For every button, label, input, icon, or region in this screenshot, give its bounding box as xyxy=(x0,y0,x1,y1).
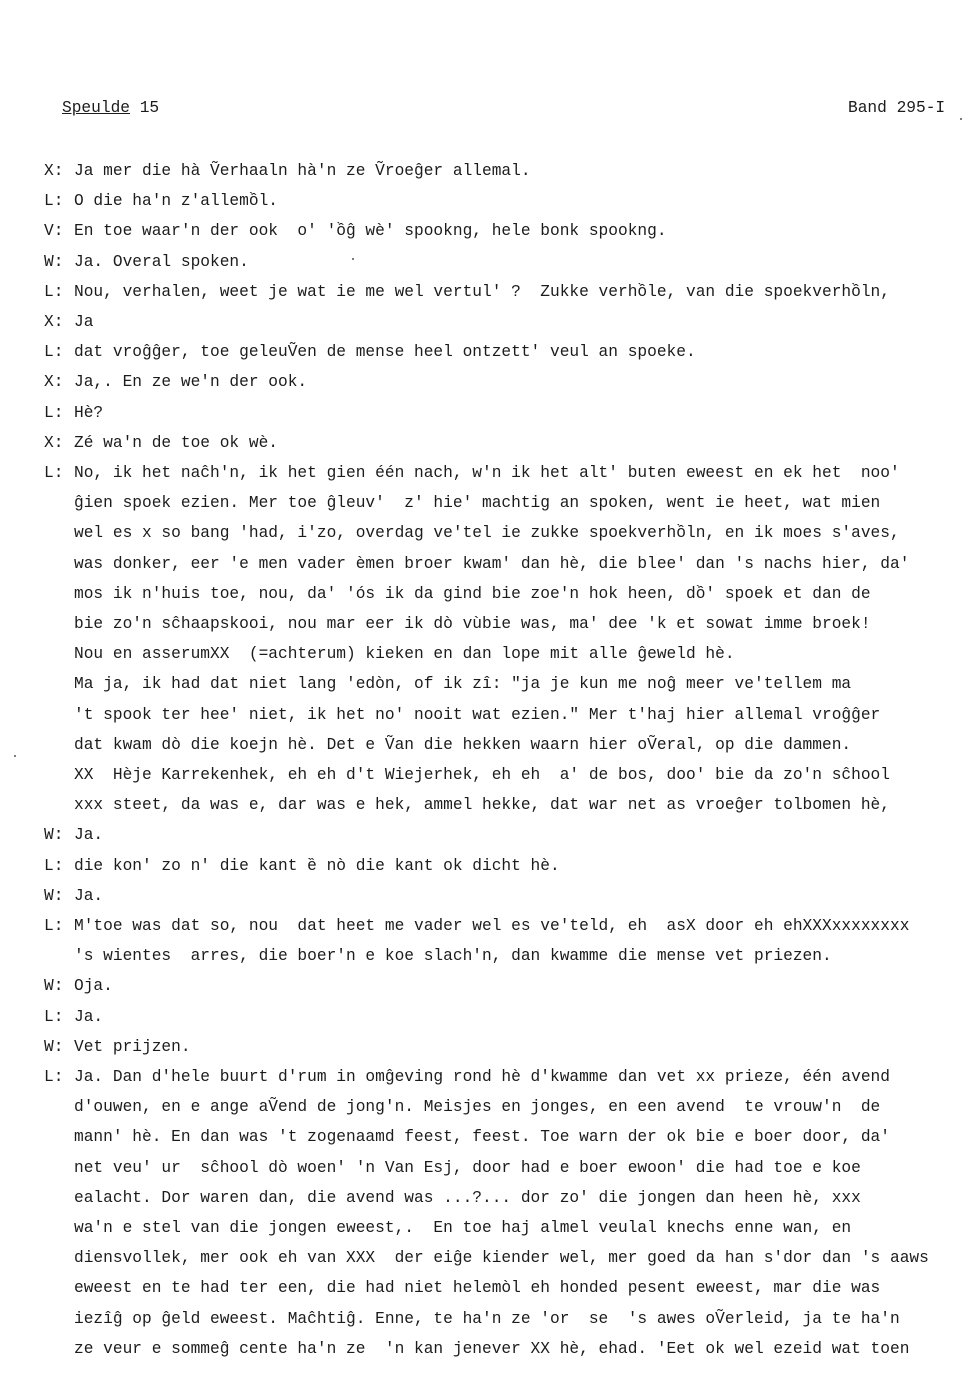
utterance-text: dat vroĝĝer, toe geleuṼen de mense heel … xyxy=(74,343,696,361)
speaker-label: W: xyxy=(44,825,74,845)
speaker-label: W: xyxy=(44,976,74,996)
transcript-line: XX Hèje Karrekenhek, eh eh d't Wiejerhek… xyxy=(74,765,890,785)
scan-speck xyxy=(352,258,354,260)
transcript-line: wel es x so bang 'had, i'zo, overdag ve'… xyxy=(74,523,900,543)
speaker-label: X: xyxy=(44,161,74,181)
utterance-text: bie zo'n sĉhaapskooi, nou mar eer ik dò … xyxy=(74,615,871,633)
speaker-label: L: xyxy=(44,403,74,423)
utterance-text: mann' hè. En dan was 't zogenaamd feest,… xyxy=(74,1128,890,1146)
page-header-left: Speulde 15 xyxy=(62,99,159,117)
transcript-line: W:Vet prijzen. xyxy=(44,1037,191,1057)
utterance-text: Ma ja, ik had dat niet lang 'edòn, of ik… xyxy=(74,675,851,693)
speaker-label: L: xyxy=(44,191,74,211)
transcript-line: X:Zé wa'n de toe ok wè. xyxy=(44,433,278,453)
transcript-line: W:Ja. xyxy=(44,825,103,845)
utterance-text: Ja mer die hà Ṽerhaaln hà'n ze Ṽroeĝer a… xyxy=(74,162,531,180)
utterance-text: dat kwam dò die koejn hè. Det e Ṽan die … xyxy=(74,736,851,754)
utterance-text: En toe waar'n der ook o' 'ồĝ wè' spookng… xyxy=(74,222,667,240)
utterance-text: xxx steet, da was e, dar was e hek, amme… xyxy=(74,796,890,814)
utterance-text: Ja xyxy=(74,313,93,331)
utterance-text: Nou en asserumXX (=achterum) kieken en d… xyxy=(74,645,735,663)
speaker-label: W: xyxy=(44,1037,74,1057)
band-label: Band 295-I xyxy=(848,99,945,117)
speaker-label: L: xyxy=(44,916,74,936)
speaker-label: W: xyxy=(44,886,74,906)
transcript-line: ĝien spoek ezien. Mer toe ĝleuv' z' hie'… xyxy=(74,493,880,513)
transcript-line: W:Ja. xyxy=(44,886,103,906)
utterance-text: wel es x so bang 'had, i'zo, overdag ve'… xyxy=(74,524,900,542)
transcript-line: L:Ja. Dan d'hele buurt d'rum in omĝeving… xyxy=(44,1067,890,1087)
transcript-page: Speulde 15 Band 295-I X:Ja mer die hà Ṽe… xyxy=(0,0,973,1394)
transcript-line: Nou en asserumXX (=achterum) kieken en d… xyxy=(74,644,735,664)
page-number: 15 xyxy=(140,99,159,117)
transcript-line: L:Nou, verhalen, weet je wat ie me wel v… xyxy=(44,282,890,302)
utterance-text: d'ouwen, en e ange aṼend de jong'n. Meis… xyxy=(74,1098,880,1116)
utterance-text: Ja. xyxy=(74,1008,103,1026)
transcript-line: diensvollek, mer ook eh van XXX der eiĝe… xyxy=(74,1248,929,1268)
place-title: Speulde xyxy=(62,99,130,117)
transcript-line: L:Hè? xyxy=(44,403,103,423)
transcript-line: dat kwam dò die koejn hè. Det e Ṽan die … xyxy=(74,735,851,755)
transcript-line: mos ik n'huis toe, nou, da' 'ós ik da gi… xyxy=(74,584,871,604)
transcript-line: was donker, eer 'e men vader èmen broer … xyxy=(74,554,909,574)
transcript-line: net veu' ur sĉhool dò woen' 'n Van Esj, … xyxy=(74,1158,861,1178)
utterance-text: was donker, eer 'e men vader èmen broer … xyxy=(74,555,909,573)
utterance-text: ĝien spoek ezien. Mer toe ĝleuv' z' hie'… xyxy=(74,494,880,512)
transcript-line: W:Ja. Overal spoken. xyxy=(44,252,249,272)
speaker-label: L: xyxy=(44,856,74,876)
transcript-line: iezîĝ op ĝeld eweest. Maĉhtiĝ. Enne, te … xyxy=(74,1309,900,1329)
transcript-line: eweest en te had ter een, die had niet h… xyxy=(74,1278,880,1298)
speaker-label: L: xyxy=(44,463,74,483)
scan-speck xyxy=(14,755,16,757)
utterance-text: M'toe was dat so, nou dat heet me vader … xyxy=(74,917,909,935)
utterance-text: diensvollek, mer ook eh van XXX der eiĝe… xyxy=(74,1249,929,1267)
speaker-label: X: xyxy=(44,433,74,453)
utterance-text: Ja. Overal spoken. xyxy=(74,253,249,271)
utterance-text: Hè? xyxy=(74,404,103,422)
utterance-text: 't spook ter hee' niet, ik het no' nooit… xyxy=(74,706,880,724)
utterance-text: mos ik n'huis toe, nou, da' 'ós ik da gi… xyxy=(74,585,871,603)
speaker-label: L: xyxy=(44,1007,74,1027)
transcript-line: V:En toe waar'n der ook o' 'ồĝ wè' spook… xyxy=(44,221,667,241)
speaker-label: X: xyxy=(44,312,74,332)
utterance-text: XX Hèje Karrekenhek, eh eh d't Wiejerhek… xyxy=(74,766,890,784)
utterance-text: No, ik het naĉh'n, ik het gien één nach,… xyxy=(74,464,900,482)
transcript-line: 's wientes arres, die boer'n e koe slach… xyxy=(74,946,832,966)
utterance-text: Ja. Dan d'hele buurt d'rum in omĝeving r… xyxy=(74,1068,890,1086)
speaker-label: V: xyxy=(44,221,74,241)
transcript-line: L:O die ha'n z'allemồl. xyxy=(44,191,278,211)
transcript-line: d'ouwen, en e ange aṼend de jong'n. Meis… xyxy=(74,1097,880,1117)
transcript-line: L:Ja. xyxy=(44,1007,103,1027)
transcript-line: L:No, ik het naĉh'n, ik het gien één nac… xyxy=(44,463,900,483)
utterance-text: Zé wa'n de toe ok wè. xyxy=(74,434,278,452)
transcript-line: bie zo'n sĉhaapskooi, nou mar eer ik dò … xyxy=(74,614,871,634)
speaker-label: W: xyxy=(44,252,74,272)
transcript-line: ze veur e sommeĝ cente ha'n ze 'n kan je… xyxy=(74,1339,909,1359)
transcript-line: X:Ja xyxy=(44,312,93,332)
speaker-label: L: xyxy=(44,342,74,362)
utterance-text: ze veur e sommeĝ cente ha'n ze 'n kan je… xyxy=(74,1340,909,1358)
speaker-label: L: xyxy=(44,1067,74,1087)
transcript-line: L:dat vroĝĝer, toe geleuṼen de mense hee… xyxy=(44,342,696,362)
utterance-text: ealacht. Dor waren dan, die avend was ..… xyxy=(74,1189,861,1207)
utterance-text: wa'n e stel van die jongen eweest,. En t… xyxy=(74,1219,851,1237)
utterance-text: die kon' zo n' die kant ȅ nò die kant ok… xyxy=(74,857,560,875)
transcript-line: wa'n e stel van die jongen eweest,. En t… xyxy=(74,1218,851,1238)
transcript-line: Ma ja, ik had dat niet lang 'edòn, of ik… xyxy=(74,674,851,694)
transcript-line: X:Ja mer die hà Ṽerhaaln hà'n ze Ṽroeĝer… xyxy=(44,161,531,181)
utterance-text: O die ha'n z'allemồl. xyxy=(74,192,278,210)
speaker-label: X: xyxy=(44,372,74,392)
utterance-text: Ja. xyxy=(74,826,103,844)
transcript-line: mann' hè. En dan was 't zogenaamd feest,… xyxy=(74,1127,890,1147)
transcript-line: W:Oja. xyxy=(44,976,113,996)
utterance-text: Ja,. En ze we'n der ook. xyxy=(74,373,307,391)
utterance-text: Nou, verhalen, weet je wat ie me wel ver… xyxy=(74,283,890,301)
transcript-line: L:M'toe was dat so, nou dat heet me vade… xyxy=(44,916,909,936)
utterance-text: Oja. xyxy=(74,977,113,995)
utterance-text: iezîĝ op ĝeld eweest. Maĉhtiĝ. Enne, te … xyxy=(74,1310,900,1328)
transcript-line: X:Ja,. En ze we'n der ook. xyxy=(44,372,307,392)
utterance-text: Vet prijzen. xyxy=(74,1038,191,1056)
transcript-line: L:die kon' zo n' die kant ȅ nò die kant … xyxy=(44,856,560,876)
scan-speck xyxy=(960,118,962,120)
transcript-line: 't spook ter hee' niet, ik het no' nooit… xyxy=(74,705,880,725)
utterance-text: 's wientes arres, die boer'n e koe slach… xyxy=(74,947,832,965)
utterance-text: eweest en te had ter een, die had niet h… xyxy=(74,1279,880,1297)
transcript-line: ealacht. Dor waren dan, die avend was ..… xyxy=(74,1188,861,1208)
utterance-text: Ja. xyxy=(74,887,103,905)
utterance-text: net veu' ur sĉhool dò woen' 'n Van Esj, … xyxy=(74,1159,861,1177)
transcript-line: xxx steet, da was e, dar was e hek, amme… xyxy=(74,795,890,815)
speaker-label: L: xyxy=(44,282,74,302)
